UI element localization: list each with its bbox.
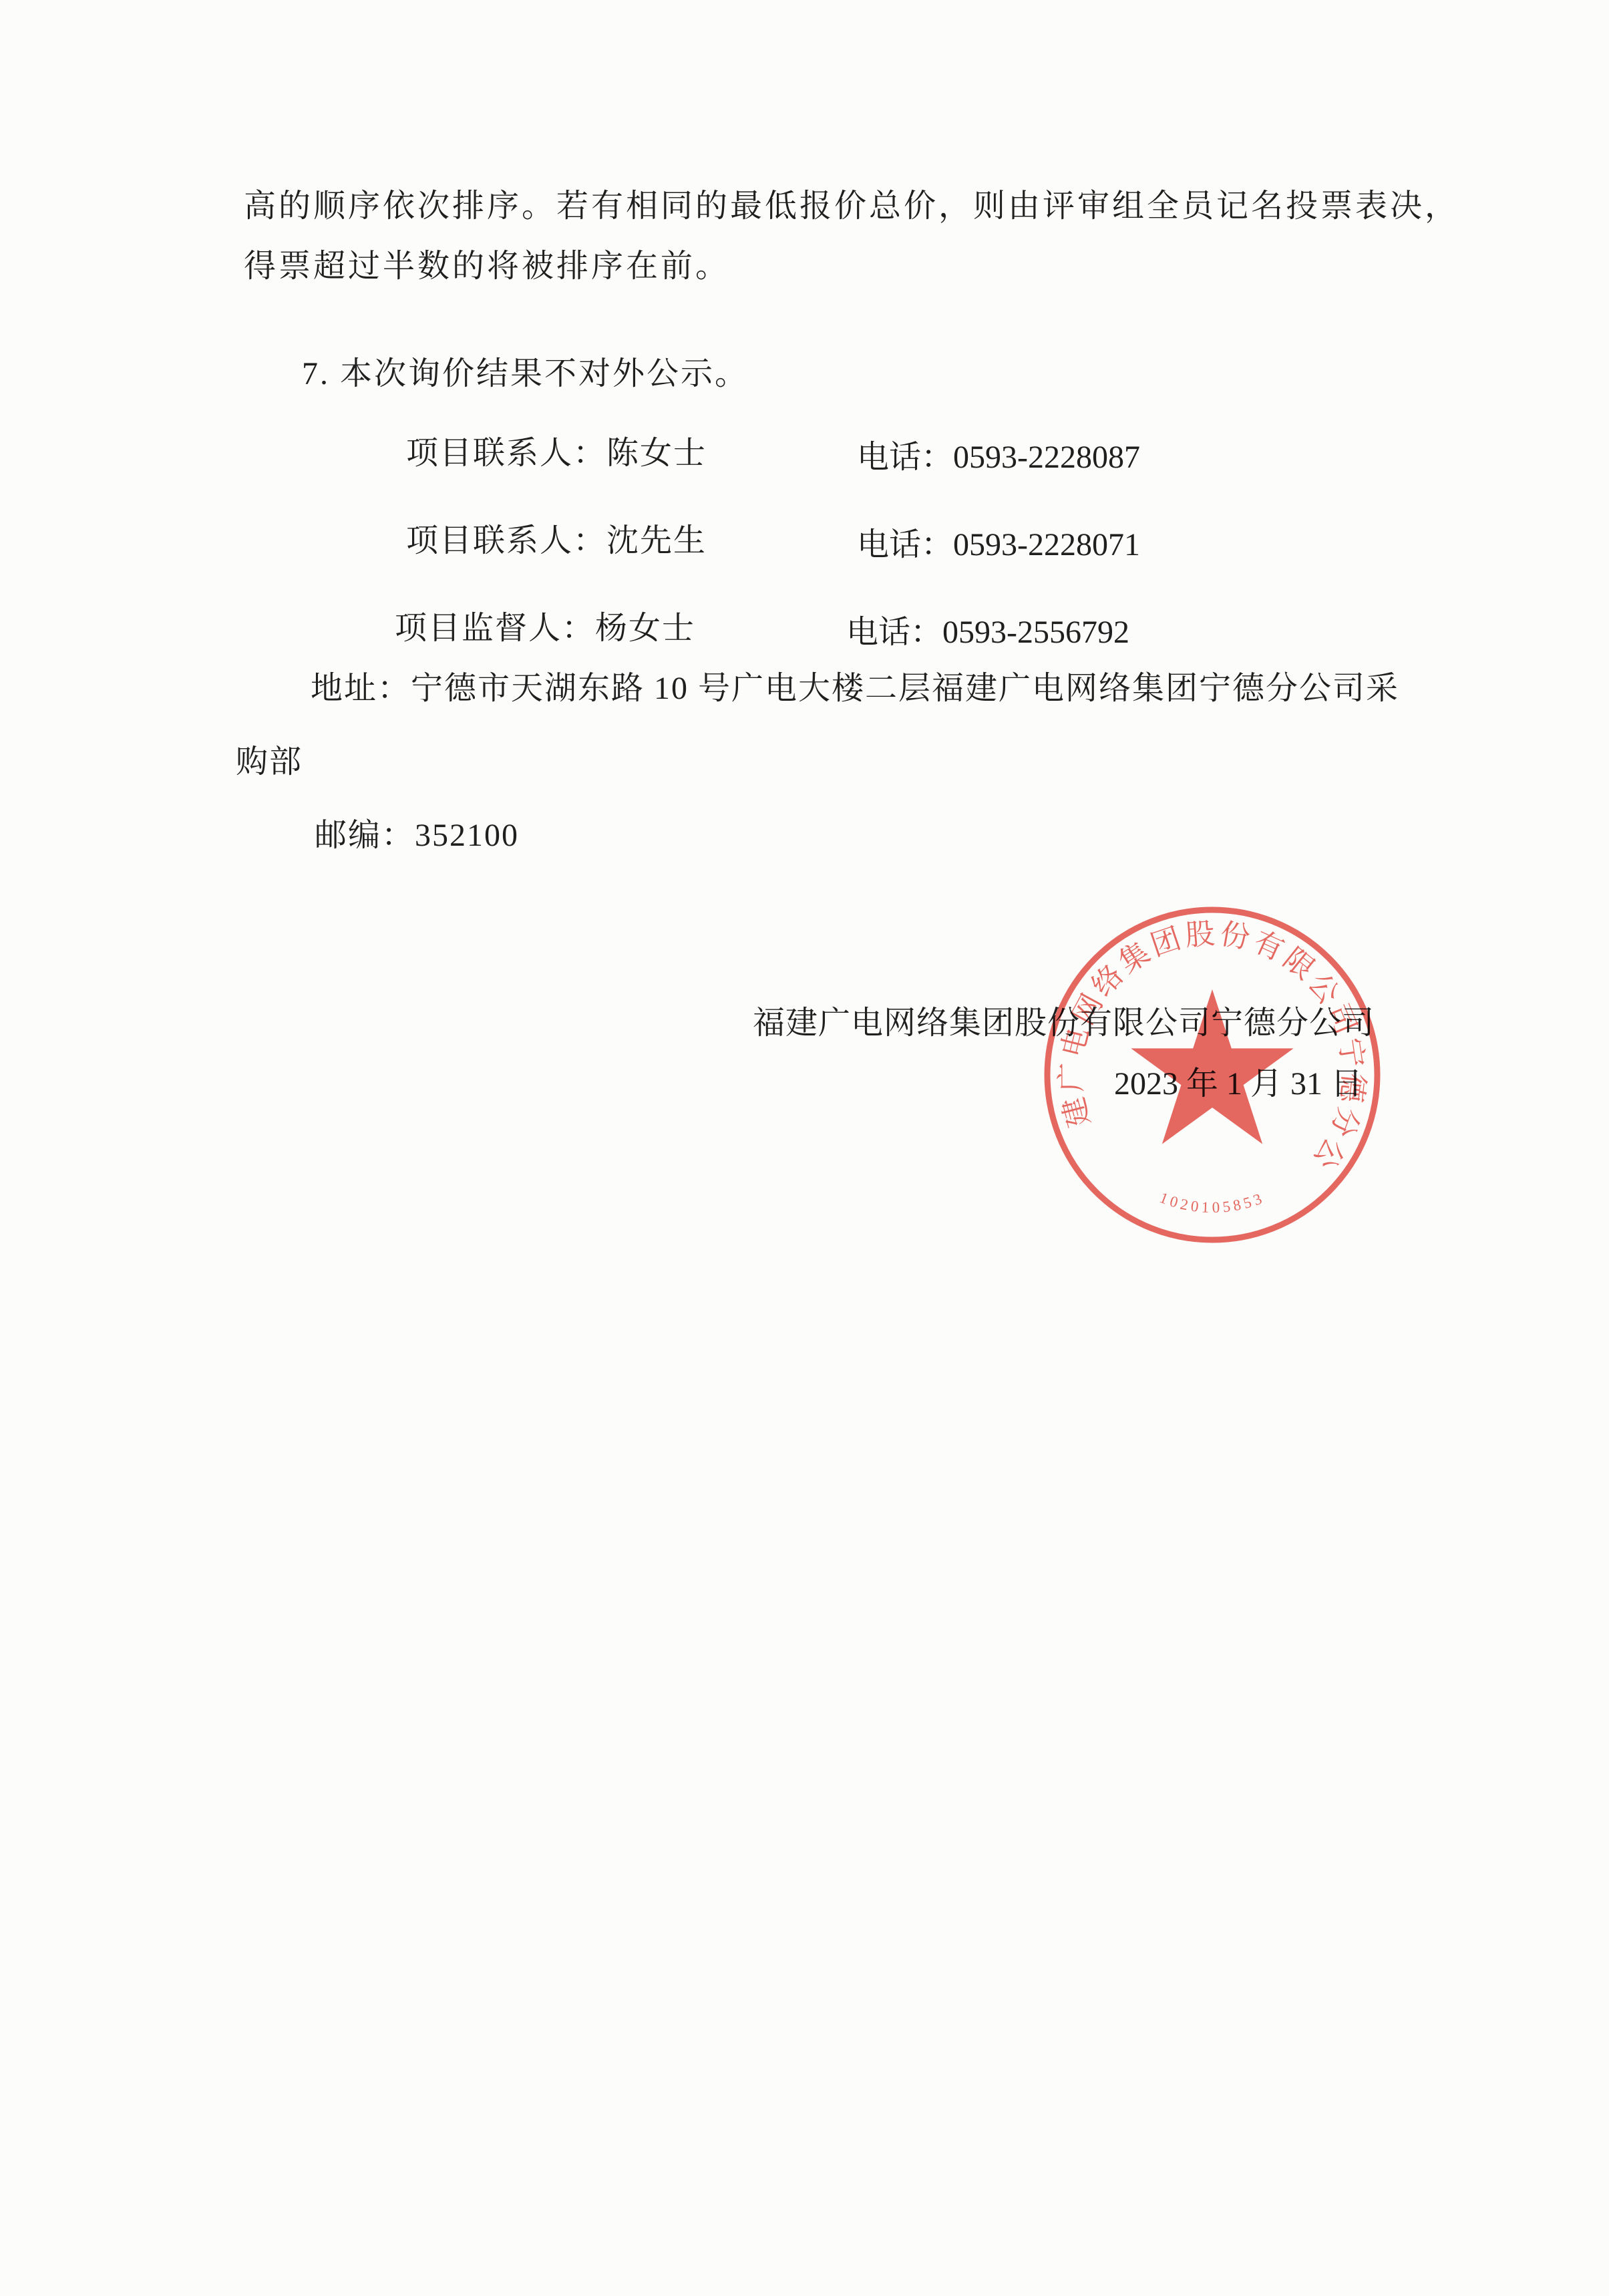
contact-1-phone: 电话：0593-2228087 [857, 438, 1140, 477]
supervisor-label: 项目监督人：杨女士 [395, 609, 695, 648]
contact-2-phone: 电话：0593-2228071 [857, 526, 1140, 564]
contact-1-label: 项目联系人：陈女士 [406, 434, 707, 473]
address-line-1: 地址：宁德市天湖东路 10 号广电大楼二层福建广电网络集团宁德分公司采 [311, 669, 1399, 708]
paragraph-line-1: 高的顺序依次排序。若有相同的最低报价总价，则由评审组全员记名投票表决， [244, 187, 1459, 226]
paragraph-line-2: 得票超过半数的将被排序在前。 [244, 247, 730, 286]
contact-2-label: 项目联系人：沈先生 [406, 522, 707, 560]
document-page: 高的顺序依次排序。若有相同的最低报价总价，则由评审组全员记名投票表决， 得票超过… [0, 0, 1609, 2296]
clause-7: 7. 本次询价结果不对外公示。 [302, 355, 749, 393]
address-line-2: 购部 [236, 743, 303, 782]
postal-code: 邮编：352100 [315, 816, 519, 855]
stamp-star-icon [1131, 989, 1293, 1144]
company-seal-stamp: 福建广电网络集团股份有限公司宁德分公司 1020105853 [1032, 894, 1393, 1255]
supervisor-phone: 电话：0593-2556792 [846, 613, 1129, 652]
stamp-serial-number: 1020105853 [1157, 1189, 1267, 1216]
